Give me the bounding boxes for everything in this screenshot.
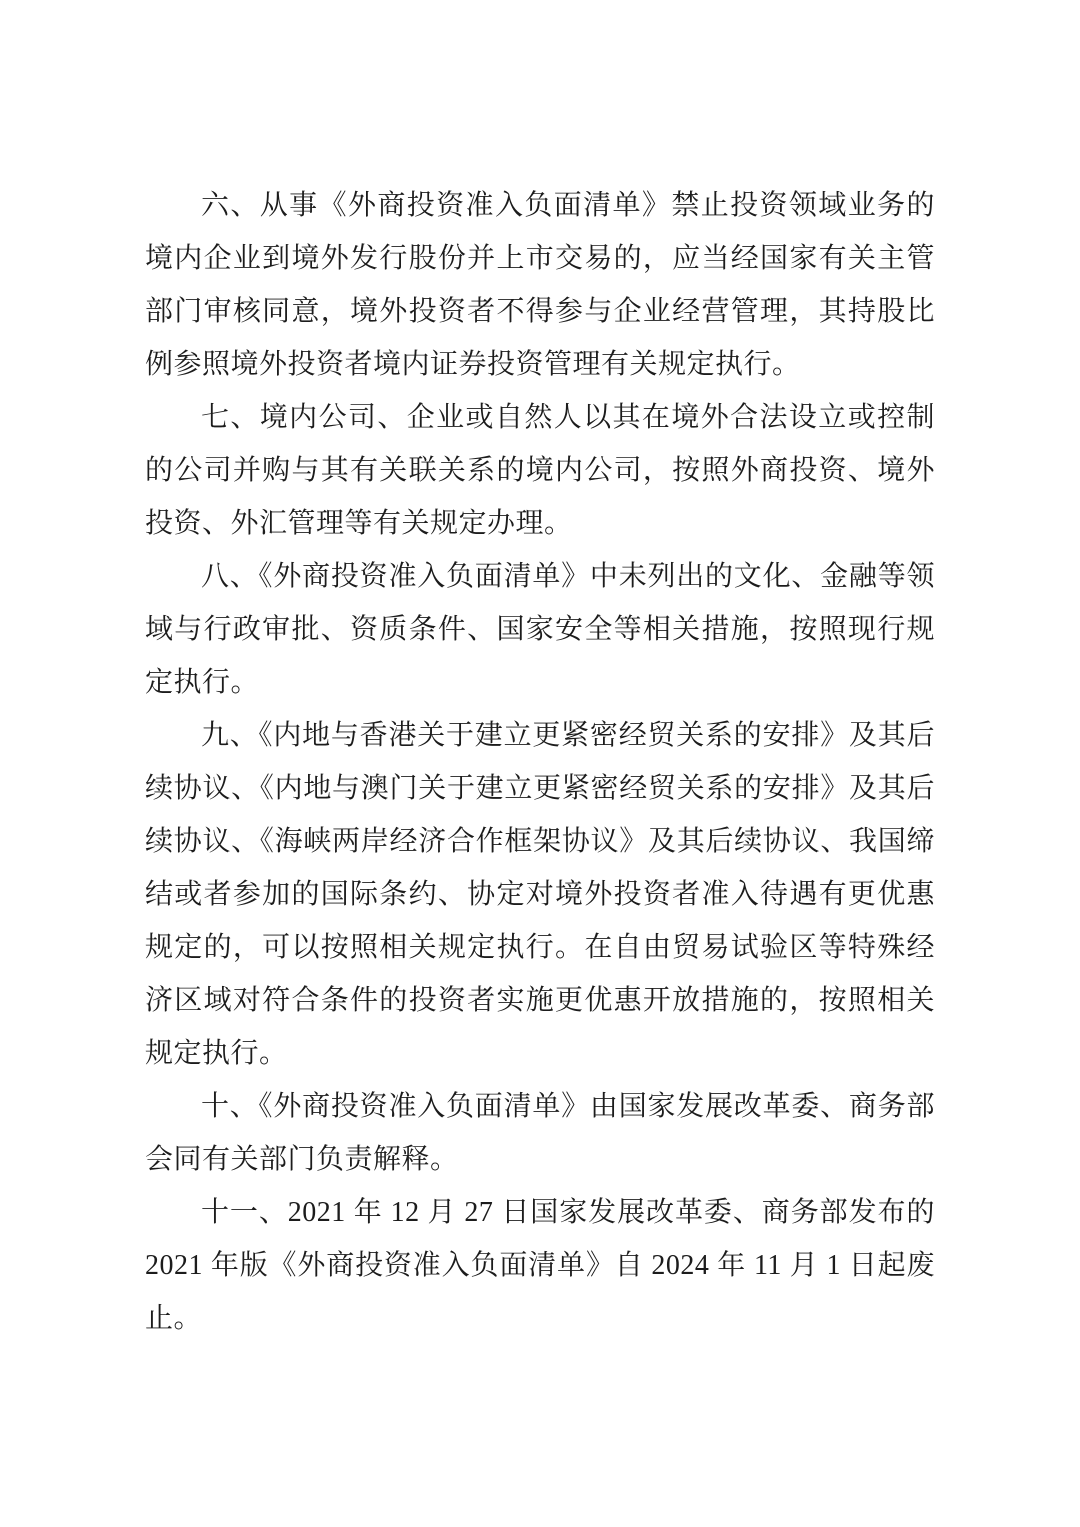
document-text-body: 六、从事《外商投资准入负面清单》禁止投资领域业务的境内企业到境外发行股份并上市交… bbox=[145, 179, 935, 1345]
paragraph-5: 十、《外商投资准入负面清单》由国家发展改革委、商务部会同有关部门负责解释。 bbox=[145, 1080, 935, 1186]
paragraph-1: 六、从事《外商投资准入负面清单》禁止投资领域业务的境内企业到境外发行股份并上市交… bbox=[145, 179, 935, 391]
paragraph-6: 十一、2021 年 12 月 27 日国家发展改革委、商务部发布的 2021 年… bbox=[145, 1186, 935, 1345]
paragraph-4: 九、《内地与香港关于建立更紧密经贸关系的安排》及其后续协议、《内地与澳门关于建立… bbox=[145, 709, 935, 1080]
paragraph-3: 八、《外商投资准入负面清单》中未列出的文化、金融等领域与行政审批、资质条件、国家… bbox=[145, 550, 935, 709]
paragraph-2: 七、境内公司、企业或自然人以其在境外合法设立或控制的公司并购与其有关联关系的境内… bbox=[145, 391, 935, 550]
document-page: 六、从事《外商投资准入负面清单》禁止投资领域业务的境内企业到境外发行股份并上市交… bbox=[0, 0, 1080, 1527]
